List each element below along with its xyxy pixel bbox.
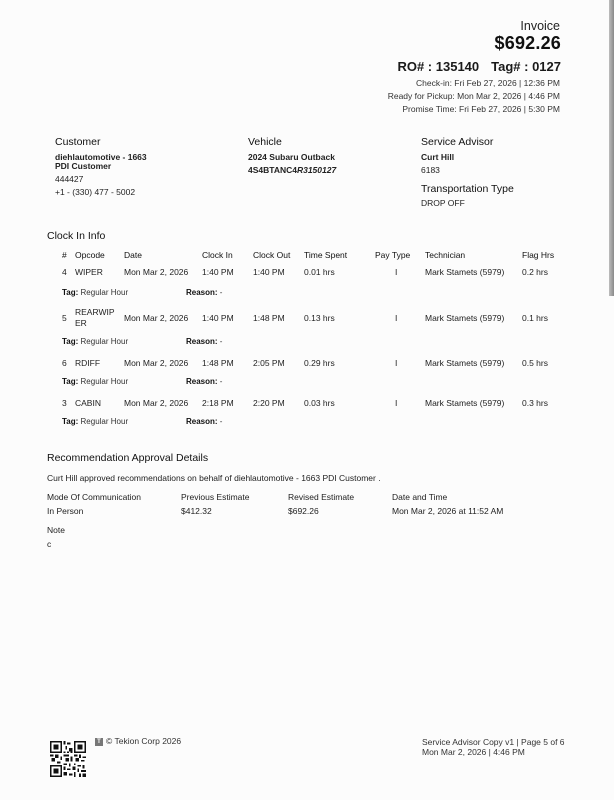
row-clock-out: 1:40 PM	[253, 267, 285, 277]
recommendation-title: Recommendation Approval Details	[47, 452, 208, 464]
previous-estimate-value: $412.32	[181, 506, 212, 516]
row-clock-in: 2:18 PM	[202, 398, 234, 408]
row-pay-type: I	[395, 267, 397, 277]
vehicle-description: 2024 Subaru Outback	[248, 152, 335, 162]
note-label: Note	[47, 525, 65, 535]
tekion-logo-icon: T	[95, 738, 103, 746]
vehicle-title: Vehicle	[248, 136, 282, 148]
vin-prefix: 4S4BTANC4	[248, 165, 297, 175]
row-pay-type: I	[395, 358, 397, 368]
row-reason: Reason: -	[186, 417, 222, 426]
row-number: 3	[62, 398, 67, 408]
row-technician: Mark Stamets (5979)	[425, 398, 504, 408]
row-clock-out: 2:05 PM	[253, 358, 285, 368]
copyright-text: © Tekion Corp 2026	[106, 736, 181, 746]
customer-title: Customer	[55, 136, 101, 148]
row-time-spent: 0.29 hrs	[304, 358, 335, 368]
row-flag-hrs: 0.2 hrs	[522, 267, 548, 277]
row-opcode-line1: REARWIP	[75, 307, 115, 317]
copyright-line: T© Tekion Corp 2026	[95, 736, 181, 746]
service-advisor-name: Curt Hill	[421, 152, 454, 162]
recommendation-statement: Curt Hill approved recommendations on be…	[47, 473, 381, 483]
row-flag-hrs: 0.5 hrs	[522, 358, 548, 368]
page-edge-shadow	[609, 0, 614, 296]
row-technician: Mark Stamets (5979)	[425, 313, 504, 323]
check-in-time: Check-in: Fri Feb 27, 2026 | 12:36 PM	[416, 78, 560, 88]
ro-tag-line: RO# : 135140Tag# : 0127	[397, 59, 561, 74]
ro-number: RO# : 135140	[397, 59, 479, 74]
row-technician: Mark Stamets (5979)	[425, 267, 504, 277]
row-flag-hrs: 0.3 hrs	[522, 398, 548, 408]
col-flag-hrs: Flag Hrs	[522, 250, 554, 260]
col-opcode: Opcode	[75, 250, 105, 260]
service-advisor-id: 6183	[421, 165, 440, 175]
row-time-spent: 0.03 hrs	[304, 398, 335, 408]
row-clock-in: 1:40 PM	[202, 267, 234, 277]
row-clock-out: 2:20 PM	[253, 398, 285, 408]
row-number: 6	[62, 358, 67, 368]
row-tag: Tag: Regular Hour	[62, 417, 128, 426]
copy-page-info: Service Advisor Copy v1 | Page 5 of 6	[422, 737, 565, 747]
row-tag: Tag: Regular Hour	[62, 377, 128, 386]
mode-label: Mode Of Communication	[47, 492, 141, 502]
row-date: Mon Mar 2, 2026	[124, 398, 188, 408]
row-opcode: RDIFF	[75, 358, 100, 368]
row-date: Mon Mar 2, 2026	[124, 313, 188, 323]
row-date: Mon Mar 2, 2026	[124, 358, 188, 368]
mode-value: In Person	[47, 506, 83, 516]
customer-phone: +1 - (330) 477 - 5002	[55, 187, 135, 197]
col-clock-in: Clock In	[202, 250, 233, 260]
note-value: c	[47, 539, 51, 549]
row-time-spent: 0.01 hrs	[304, 267, 335, 277]
row-reason: Reason: -	[186, 288, 222, 297]
row-number: 4	[62, 267, 67, 277]
vehicle-vin: 4S4BTANC4R3150127	[248, 165, 336, 175]
row-tag: Tag: Regular Hour	[62, 288, 128, 297]
previous-estimate-label: Previous Estimate	[181, 492, 250, 502]
row-reason: Reason: -	[186, 377, 222, 386]
tag-number: Tag# : 0127	[491, 59, 561, 74]
row-opcode: CABIN	[75, 398, 101, 408]
col-pay-type: Pay Type	[375, 250, 410, 260]
vin-suffix: R3150127	[297, 165, 336, 175]
row-reason: Reason: -	[186, 337, 222, 346]
row-tag: Tag: Regular Hour	[62, 337, 128, 346]
document-label: Invoice	[520, 19, 560, 33]
printed-timestamp: Mon Mar 2, 2026 | 4:46 PM	[422, 747, 525, 757]
customer-id: 444427	[55, 174, 83, 184]
row-opcode: WIPER	[75, 267, 103, 277]
row-opcode-line2: ER	[75, 318, 87, 328]
customer-name-line2: PDI Customer	[55, 161, 111, 171]
invoice-total: $692.26	[495, 33, 561, 54]
clock-in-title: Clock In Info	[47, 230, 105, 242]
transportation-title: Transportation Type	[421, 183, 514, 195]
col-clock-out: Clock Out	[253, 250, 290, 260]
approval-datetime-value: Mon Mar 2, 2026 at 11:52 AM	[392, 506, 503, 516]
revised-estimate-value: $692.26	[288, 506, 319, 516]
transportation-value: DROP OFF	[421, 198, 465, 208]
row-pay-type: I	[395, 313, 397, 323]
qr-code-icon	[50, 741, 86, 777]
ready-for-pickup-time: Ready for Pickup: Mon Mar 2, 2026 | 4:46…	[388, 91, 560, 101]
row-technician: Mark Stamets (5979)	[425, 358, 504, 368]
row-clock-out: 1:48 PM	[253, 313, 285, 323]
row-number: 5	[62, 313, 67, 323]
row-date: Mon Mar 2, 2026	[124, 267, 188, 277]
row-flag-hrs: 0.1 hrs	[522, 313, 548, 323]
approval-datetime-label: Date and Time	[392, 492, 447, 502]
row-time-spent: 0.13 hrs	[304, 313, 335, 323]
row-clock-in: 1:40 PM	[202, 313, 234, 323]
col-technician: Technician	[425, 250, 465, 260]
col-time-spent: Time Spent	[304, 250, 347, 260]
row-clock-in: 1:48 PM	[202, 358, 234, 368]
revised-estimate-label: Revised Estimate	[288, 492, 354, 502]
service-advisor-title: Service Advisor	[421, 136, 493, 148]
promise-time: Promise Time: Fri Feb 27, 2026 | 5:30 PM	[402, 104, 560, 114]
col-number: #	[62, 250, 67, 260]
row-pay-type: I	[395, 398, 397, 408]
col-date: Date	[124, 250, 142, 260]
